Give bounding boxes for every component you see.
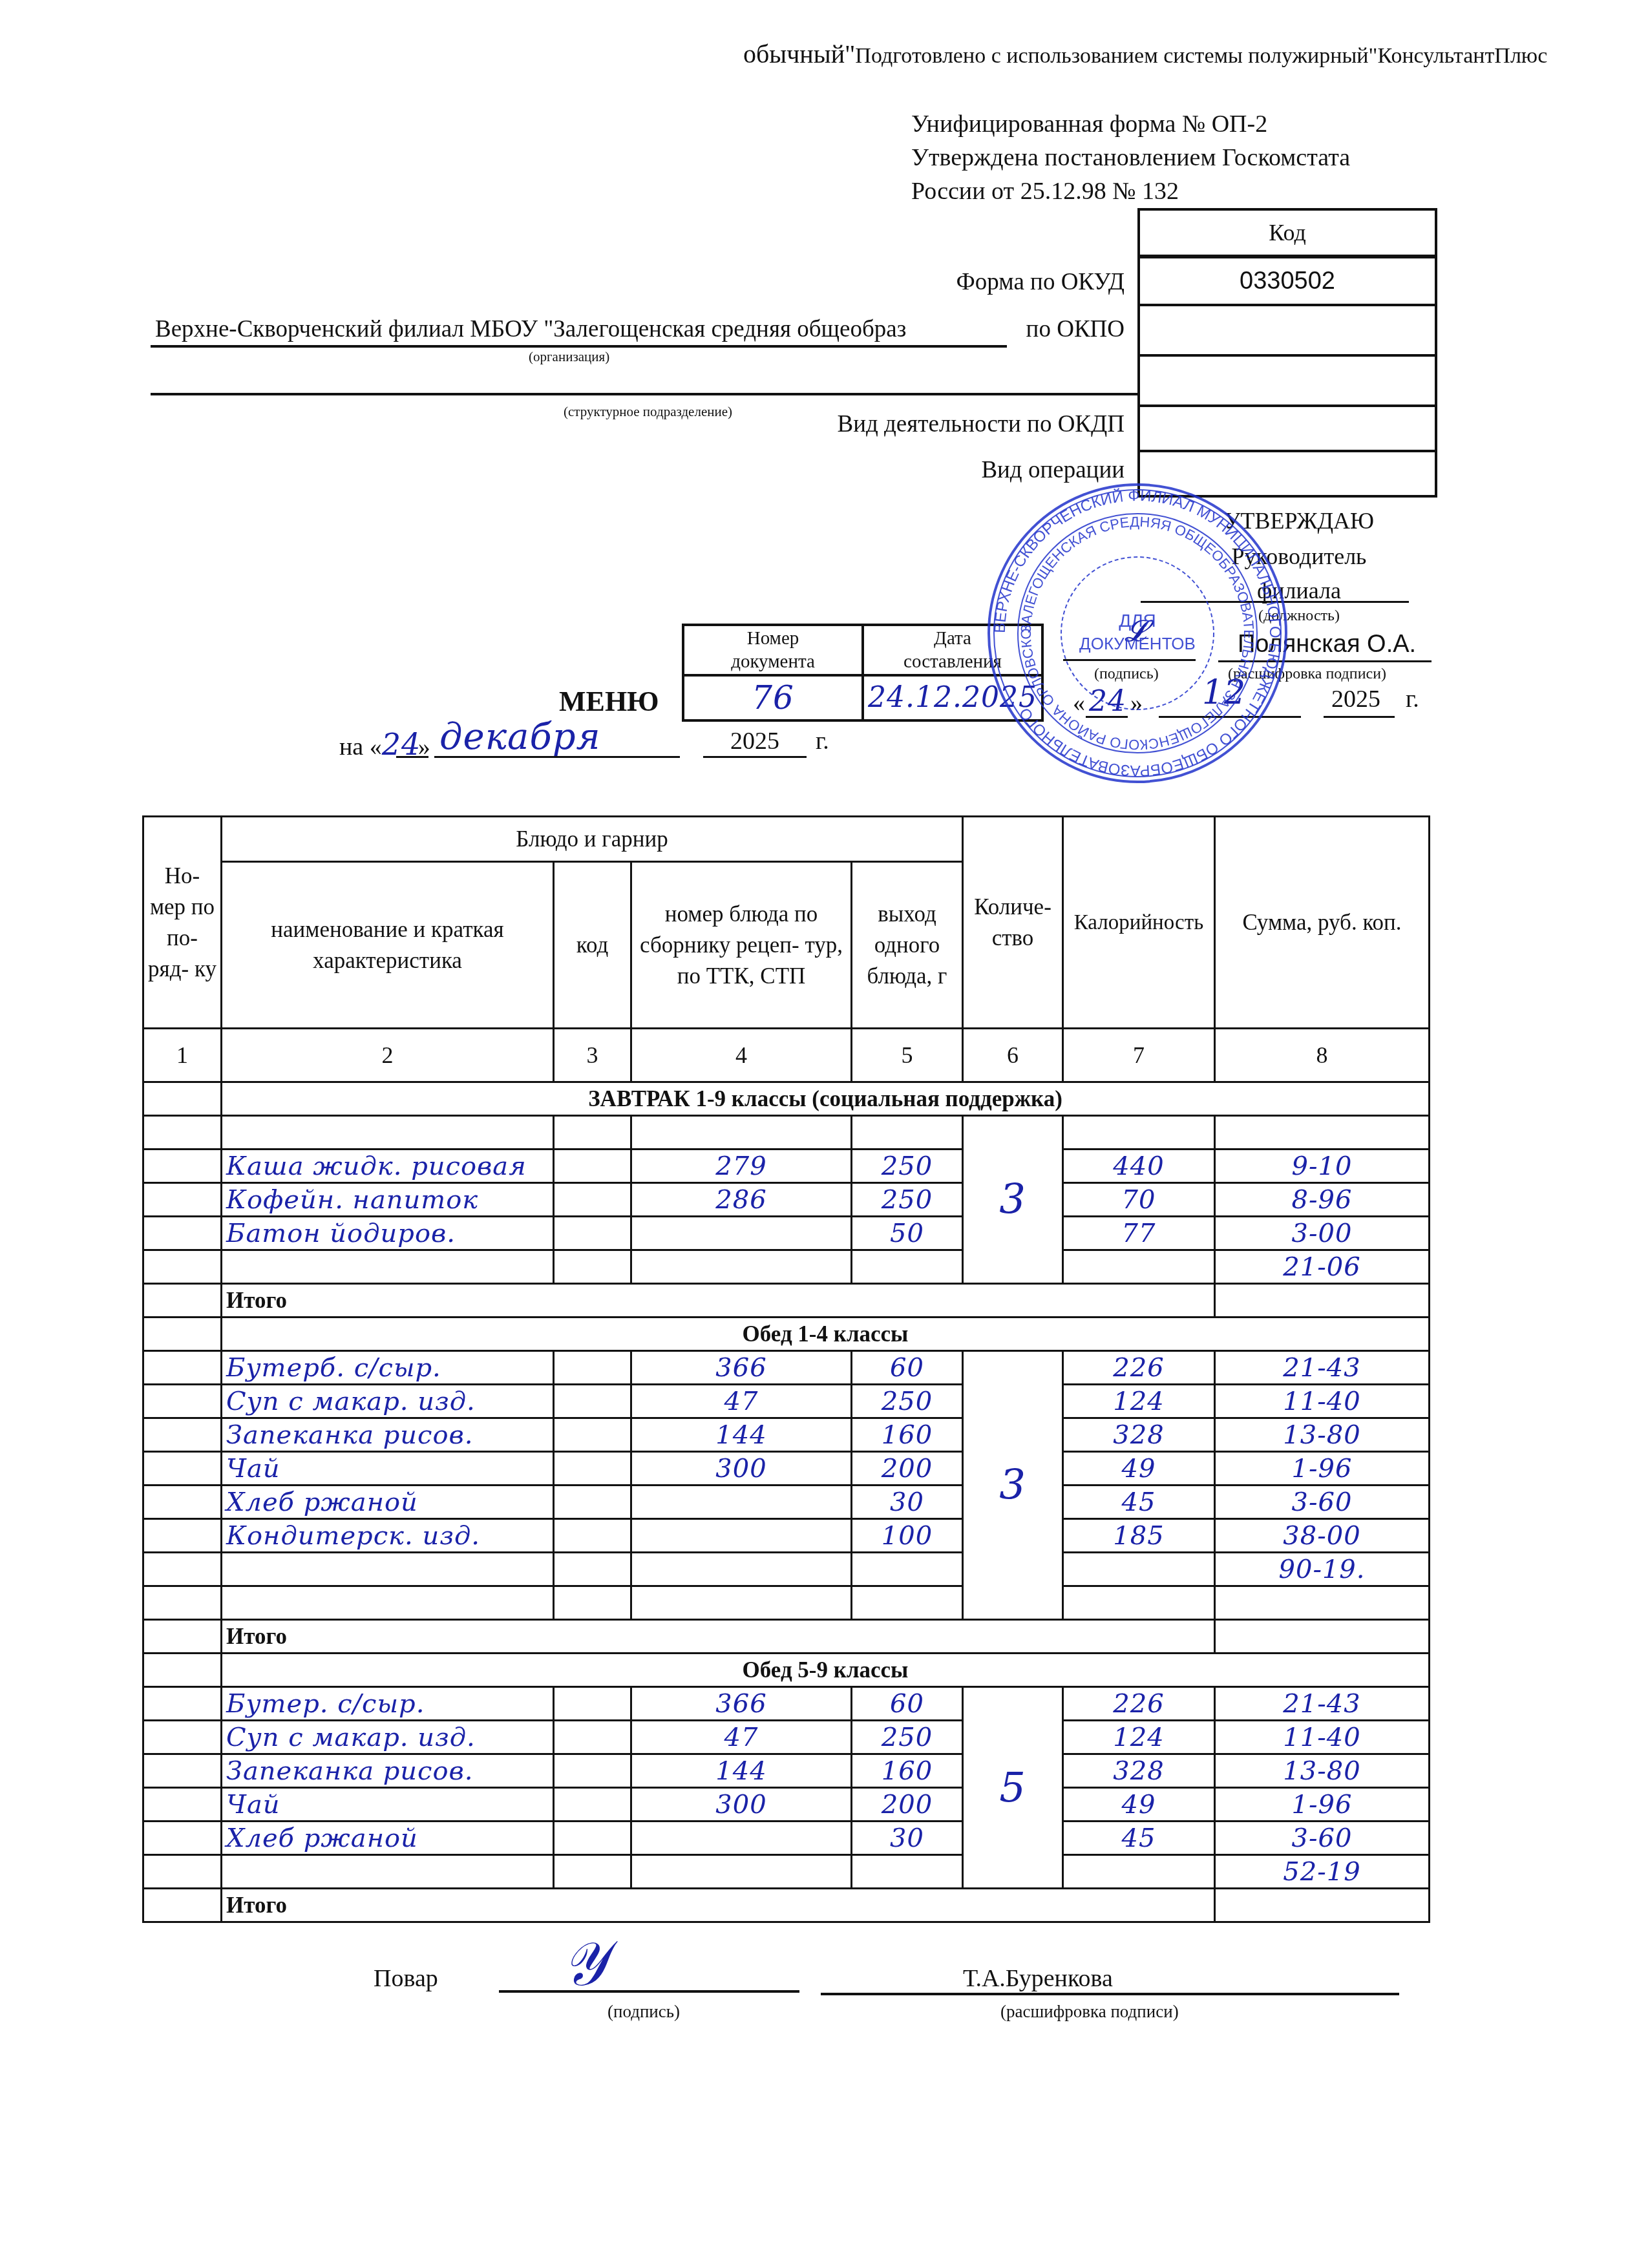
dish-code[interactable]	[554, 1519, 631, 1553]
dish-calories[interactable]: 124	[1063, 1721, 1215, 1754]
organization-caption: (организация)	[529, 349, 609, 365]
row-number-cell[interactable]	[143, 1687, 222, 1721]
dish-sum[interactable]: 13-80	[1215, 1418, 1430, 1452]
dish-code[interactable]	[554, 1754, 631, 1788]
row-number-cell[interactable]	[143, 1418, 222, 1452]
dish-yield[interactable]	[852, 1855, 963, 1889]
dish-recipe-number[interactable]: 300	[631, 1452, 852, 1486]
row-number-cell[interactable]	[143, 1754, 222, 1788]
form-approval-line: Утверждена постановлением Госкомстата	[911, 143, 1350, 172]
row-number-cell[interactable]	[143, 1452, 222, 1486]
dish-name[interactable]: Суп с макар. изд.	[222, 1721, 554, 1754]
dish-calories[interactable]: 226	[1063, 1351, 1215, 1385]
dish-code[interactable]	[554, 1250, 631, 1284]
dish-yield[interactable]: 160	[852, 1418, 963, 1452]
dish-name[interactable]: Бутерб. с/сыр.	[222, 1351, 554, 1385]
dish-yield[interactable]: 60	[852, 1687, 963, 1721]
dish-recipe-number[interactable]	[631, 1250, 852, 1284]
column-number: 5	[852, 1029, 963, 1082]
row-number-cell[interactable]	[143, 1721, 222, 1754]
dish-name[interactable]: Кофейн. напиток	[222, 1183, 554, 1217]
menu-item-row: 21-06	[143, 1250, 1430, 1284]
section-title: Обед 1-4 классы	[222, 1318, 1430, 1351]
menu-item-row	[143, 1586, 1430, 1620]
col-header-sum: Сумма, руб. коп.	[1215, 817, 1430, 1029]
row-number-cell[interactable]	[143, 1183, 222, 1217]
dish-calories[interactable]	[1063, 1116, 1215, 1150]
dish-quantity[interactable]: 3	[963, 1116, 1063, 1284]
organization-name[interactable]: Верхне-Скворченский филиал МБОУ "Залегощ…	[155, 315, 906, 343]
dish-yield[interactable]: 200	[852, 1788, 963, 1822]
menu-item-row: 90-19.	[143, 1553, 1430, 1586]
dish-code[interactable]	[554, 1183, 631, 1217]
dish-code[interactable]	[554, 1687, 631, 1721]
dish-calories[interactable]	[1063, 1855, 1215, 1889]
dish-yield[interactable]	[852, 1586, 963, 1620]
dish-calories[interactable]: 440	[1063, 1150, 1215, 1183]
menu-item-row: Запеканка рисов.14416032813-80	[143, 1418, 1430, 1452]
row-number-cell[interactable]	[143, 1788, 222, 1822]
column-number: 3	[554, 1029, 631, 1082]
column-number: 4	[631, 1029, 852, 1082]
dish-name[interactable]	[222, 1855, 554, 1889]
row-number-cell	[143, 1082, 222, 1116]
okpo-label: по ОКПО	[1026, 315, 1125, 343]
dish-sum[interactable]: 3-60	[1215, 1486, 1430, 1519]
dish-code[interactable]	[554, 1822, 631, 1855]
column-number: 7	[1063, 1029, 1215, 1082]
row-number-cell[interactable]	[143, 1385, 222, 1418]
menu-item-row: Хлеб ржаной30453-60	[143, 1822, 1430, 1855]
dish-sum[interactable]: 38-00	[1215, 1519, 1430, 1553]
dish-sum[interactable]: 13-80	[1215, 1754, 1430, 1788]
structural-division-caption: (структурное подразделение)	[564, 404, 732, 420]
code-box: Код 0330502	[1137, 208, 1437, 498]
dish-name[interactable]	[222, 1116, 554, 1150]
col-header-recipe: номер блюда по сборнику рецеп- тур, по Т…	[631, 862, 852, 1029]
row-number-cell[interactable]	[143, 1822, 222, 1855]
menu-table: Но- мер по по- ряд- ку Блюдо и гарнир Ко…	[142, 815, 1430, 1923]
cook-signature-caption: (подпись)	[607, 2002, 680, 2022]
row-number-cell[interactable]	[143, 1351, 222, 1385]
dish-name[interactable]: Запеканка рисов.	[222, 1418, 554, 1452]
dish-yield[interactable]: 100	[852, 1519, 963, 1553]
col-header-name: наименование и краткая характеристика	[222, 862, 554, 1029]
menu-item-row: 52-19	[143, 1855, 1430, 1889]
form-title: Унифицированная форма № ОП-2	[911, 110, 1267, 138]
row-number-cell	[143, 1284, 222, 1318]
approve-year: 2025	[1331, 685, 1380, 713]
section-total-row: Итого	[143, 1620, 1430, 1654]
menu-item-row: Каша жидк. рисовая2792504409-10	[143, 1150, 1430, 1183]
doc-number-header: Номердокумента	[683, 625, 863, 675]
col-header-code: код	[554, 862, 631, 1029]
dish-name[interactable]: Каша жидк. рисовая	[222, 1150, 554, 1183]
cook-label: Повар	[374, 1964, 438, 1993]
dish-calories[interactable]: 45	[1063, 1486, 1215, 1519]
section-title: Обед 5-9 классы	[222, 1654, 1430, 1687]
col-header-dish-group: Блюдо и гарнир	[222, 817, 963, 862]
menu-year: 2025	[730, 727, 779, 755]
dish-sum[interactable]: 11-40	[1215, 1385, 1430, 1418]
dish-recipe-number[interactable]	[631, 1822, 852, 1855]
dish-yield[interactable]	[852, 1250, 963, 1284]
dish-recipe-number[interactable]: 47	[631, 1721, 852, 1754]
menu-item-row: Запеканка рисов.14416032813-80	[143, 1754, 1430, 1788]
dish-sum[interactable]: 90-19.	[1215, 1553, 1430, 1586]
dish-code[interactable]	[554, 1150, 631, 1183]
dish-sum[interactable]: 1-96	[1215, 1788, 1430, 1822]
cook-name: Т.А.Буренкова	[963, 1964, 1113, 1993]
dish-code[interactable]	[554, 1385, 631, 1418]
dish-code[interactable]	[554, 1217, 631, 1250]
dish-name[interactable]: Батон йодиров.	[222, 1217, 554, 1250]
code-header: Код	[1140, 211, 1435, 255]
dish-name[interactable]: Суп с макар. изд.	[222, 1385, 554, 1418]
dish-calories[interactable]: 77	[1063, 1217, 1215, 1250]
dish-sum[interactable]: 3-60	[1215, 1822, 1430, 1855]
dish-sum[interactable]: 9-10	[1215, 1150, 1430, 1183]
menu-item-row: Бутер. с/сыр.36660522621-43	[143, 1687, 1430, 1721]
dish-sum[interactable]	[1215, 1116, 1430, 1150]
menu-item-row: Кондитерск. изд.10018538-00	[143, 1519, 1430, 1553]
okdp-label: Вид деятельности по ОКДП	[837, 410, 1125, 438]
row-number-cell[interactable]	[143, 1250, 222, 1284]
row-number-cell	[143, 1620, 222, 1654]
dish-calories[interactable]: 45	[1063, 1822, 1215, 1855]
dish-calories[interactable]: 49	[1063, 1788, 1215, 1822]
dish-recipe-number[interactable]	[631, 1116, 852, 1150]
column-number: 8	[1215, 1029, 1430, 1082]
col-header-yield: выход одного блюда, г	[852, 862, 963, 1029]
menu-item-row: Бутерб. с/сыр.36660322621-43	[143, 1351, 1430, 1385]
col-header-number: Но- мер по по- ряд- ку	[143, 817, 222, 1029]
dish-calories[interactable]: 185	[1063, 1519, 1215, 1553]
total-label: Итого	[222, 1284, 1215, 1318]
dish-yield[interactable]: 250	[852, 1183, 963, 1217]
dish-sum[interactable]: 1-96	[1215, 1452, 1430, 1486]
total-label: Итого	[222, 1889, 1215, 1922]
dish-calories[interactable]: 328	[1063, 1418, 1215, 1452]
section-total-row: Итого	[143, 1284, 1430, 1318]
svg-text:ВЕРХНЕ-СКВОРЧЕНСКИЙ ФИЛИАЛ МУН: ВЕРХНЕ-СКВОРЧЕНСКИЙ ФИЛИАЛ МУНИЦИПАЛЬНОГ…	[991, 487, 1284, 779]
dish-recipe-number[interactable]: 144	[631, 1418, 852, 1452]
dish-name[interactable]: Запеканка рисов.	[222, 1754, 554, 1788]
total-value[interactable]	[1215, 1284, 1430, 1318]
dish-recipe-number[interactable]	[631, 1586, 852, 1620]
section-header-row: Обед 5-9 классы	[143, 1654, 1430, 1687]
dish-calories[interactable]: 49	[1063, 1452, 1215, 1486]
dish-recipe-number[interactable]: 279	[631, 1150, 852, 1183]
dish-quantity[interactable]: 3	[963, 1351, 1063, 1620]
col-header-qty: Количе- ство	[963, 817, 1063, 1029]
dish-name[interactable]: Чай	[222, 1788, 554, 1822]
dish-sum[interactable]: 52-19	[1215, 1855, 1430, 1889]
operation-label: Вид операции	[981, 456, 1125, 484]
row-number-cell[interactable]	[143, 1150, 222, 1183]
dish-name[interactable]: Хлеб ржаной	[222, 1486, 554, 1519]
dish-yield[interactable]: 30	[852, 1822, 963, 1855]
dish-code[interactable]	[554, 1351, 631, 1385]
dish-sum[interactable]: 11-40	[1215, 1721, 1430, 1754]
approve-year-suffix: г.	[1406, 685, 1419, 713]
row-number-cell[interactable]	[143, 1586, 222, 1620]
menu-month[interactable]: декабря	[439, 716, 601, 758]
dish-recipe-number[interactable]	[631, 1553, 852, 1586]
dish-name[interactable]	[222, 1586, 554, 1620]
row-number-cell	[143, 1889, 222, 1922]
doc-number-value[interactable]: 76	[683, 675, 863, 720]
menu-item-row: 3	[143, 1116, 1430, 1150]
dish-yield[interactable]: 250	[852, 1150, 963, 1183]
dish-yield[interactable]	[852, 1116, 963, 1150]
column-number: 2	[222, 1029, 554, 1082]
dish-sum[interactable]: 21-06	[1215, 1250, 1430, 1284]
dish-sum[interactable]: 21-43	[1215, 1351, 1430, 1385]
dish-recipe-number[interactable]	[631, 1519, 852, 1553]
dish-yield[interactable]: 50	[852, 1217, 963, 1250]
section-header-row: ЗАВТРАК 1-9 классы (социальная поддержка…	[143, 1082, 1430, 1116]
dish-code[interactable]	[554, 1116, 631, 1150]
dish-name[interactable]	[222, 1553, 554, 1586]
row-number-cell[interactable]	[143, 1855, 222, 1889]
okud-label: Форма по ОКУД	[956, 268, 1125, 296]
menu-year-suffix: г.	[816, 727, 829, 755]
dish-quantity[interactable]: 5	[963, 1687, 1063, 1889]
dish-yield[interactable]: 250	[852, 1721, 963, 1754]
row-number-cell[interactable]	[143, 1217, 222, 1250]
dish-calories[interactable]: 226	[1063, 1687, 1215, 1721]
menu-title: МЕНЮ	[559, 685, 659, 718]
section-title: ЗАВТРАК 1-9 классы (социальная поддержка…	[222, 1082, 1430, 1116]
dish-name[interactable]	[222, 1250, 554, 1284]
dish-recipe-number[interactable]: 286	[631, 1183, 852, 1217]
total-value[interactable]	[1215, 1889, 1430, 1922]
menu-item-row: Чай300200491-96	[143, 1452, 1430, 1486]
menu-item-row: Суп с макар. изд.4725012411-40	[143, 1385, 1430, 1418]
total-value[interactable]	[1215, 1620, 1430, 1654]
dish-sum[interactable]	[1215, 1586, 1430, 1620]
row-number-cell[interactable]	[143, 1519, 222, 1553]
dish-sum[interactable]: 3-00	[1215, 1217, 1430, 1250]
okud-value[interactable]: 0330502	[1140, 255, 1435, 304]
dish-calories[interactable]	[1063, 1553, 1215, 1586]
structural-division-field[interactable]	[155, 365, 1137, 391]
dish-sum[interactable]: 8-96	[1215, 1183, 1430, 1217]
dish-calories[interactable]: 328	[1063, 1754, 1215, 1788]
okdp-value[interactable]	[1140, 404, 1435, 450]
dish-name[interactable]: Бутер. с/сыр.	[222, 1687, 554, 1721]
row-number-cell	[143, 1318, 222, 1351]
column-numbers-row: 12345678	[143, 1029, 1430, 1082]
menu-item-row: Кофейн. напиток286250708-96	[143, 1183, 1430, 1217]
dish-recipe-number[interactable]: 144	[631, 1754, 852, 1788]
dish-code[interactable]	[554, 1855, 631, 1889]
svg-text:ДЛЯ: ДЛЯ	[1119, 611, 1156, 631]
consultant-note: обычный"Подготовлено с использованием си…	[743, 39, 1547, 69]
dish-yield[interactable]: 200	[852, 1452, 963, 1486]
dish-code[interactable]	[554, 1452, 631, 1486]
total-label: Итого	[222, 1620, 1215, 1654]
menu-item-row: Чай300200491-96	[143, 1788, 1430, 1822]
dish-code[interactable]	[554, 1721, 631, 1754]
dish-calories[interactable]: 70	[1063, 1183, 1215, 1217]
section-total-row: Итого	[143, 1889, 1430, 1922]
menu-item-row: Суп с макар. изд.4725012411-40	[143, 1721, 1430, 1754]
dish-code[interactable]	[554, 1788, 631, 1822]
dish-yield[interactable]: 60	[852, 1351, 963, 1385]
dish-code[interactable]	[554, 1553, 631, 1586]
form-date-line: России от 25.12.98 № 132	[911, 177, 1179, 205]
section-header-row: Обед 1-4 классы	[143, 1318, 1430, 1351]
dish-recipe-number[interactable]: 366	[631, 1351, 852, 1385]
row-number-cell[interactable]	[143, 1486, 222, 1519]
consultant-prefix: обычный"	[743, 39, 855, 68]
svg-text:ДОКУМЕНТОВ: ДОКУМЕНТОВ	[1079, 634, 1196, 653]
dish-recipe-number[interactable]	[631, 1217, 852, 1250]
dish-code[interactable]	[554, 1486, 631, 1519]
dish-recipe-number[interactable]: 366	[631, 1687, 852, 1721]
dish-recipe-number[interactable]: 47	[631, 1385, 852, 1418]
row-number-cell[interactable]	[143, 1116, 222, 1150]
column-number: 6	[963, 1029, 1063, 1082]
dish-yield[interactable]	[852, 1553, 963, 1586]
consultant-text: Подготовлено с использованием системы по…	[855, 44, 1547, 68]
dish-recipe-number[interactable]	[631, 1486, 852, 1519]
dish-code[interactable]	[554, 1418, 631, 1452]
dish-recipe-number[interactable]	[631, 1855, 852, 1889]
dish-sum[interactable]: 21-43	[1215, 1687, 1430, 1721]
dish-yield[interactable]: 30	[852, 1486, 963, 1519]
col-header-calories: Калорийность	[1063, 817, 1215, 1029]
dish-name[interactable]: Чай	[222, 1452, 554, 1486]
row-number-cell[interactable]	[143, 1553, 222, 1586]
dish-calories[interactable]	[1063, 1586, 1215, 1620]
dish-recipe-number[interactable]: 300	[631, 1788, 852, 1822]
cook-name-caption: (расшифровка подписи)	[1000, 2002, 1179, 2022]
okpo-value[interactable]	[1140, 304, 1435, 354]
structural-code-value[interactable]	[1140, 354, 1435, 404]
dish-name[interactable]: Хлеб ржаной	[222, 1822, 554, 1855]
menu-item-row: Хлеб ржаной30453-60	[143, 1486, 1430, 1519]
dish-yield[interactable]: 250	[852, 1385, 963, 1418]
column-number: 1	[143, 1029, 222, 1082]
dish-calories[interactable]	[1063, 1250, 1215, 1284]
dish-name[interactable]: Кондитерск. изд.	[222, 1519, 554, 1553]
menu-item-row: Батон йодиров.50773-00	[143, 1217, 1430, 1250]
dish-calories[interactable]: 124	[1063, 1385, 1215, 1418]
dish-yield[interactable]: 160	[852, 1754, 963, 1788]
dish-code[interactable]	[554, 1586, 631, 1620]
stamp-seal-icon: ВЕРХНЕ-СКВОРЧЕНСКИЙ ФИЛИАЛ МУНИЦИПАЛЬНОГ…	[986, 481, 1289, 785]
row-number-cell	[143, 1654, 222, 1687]
